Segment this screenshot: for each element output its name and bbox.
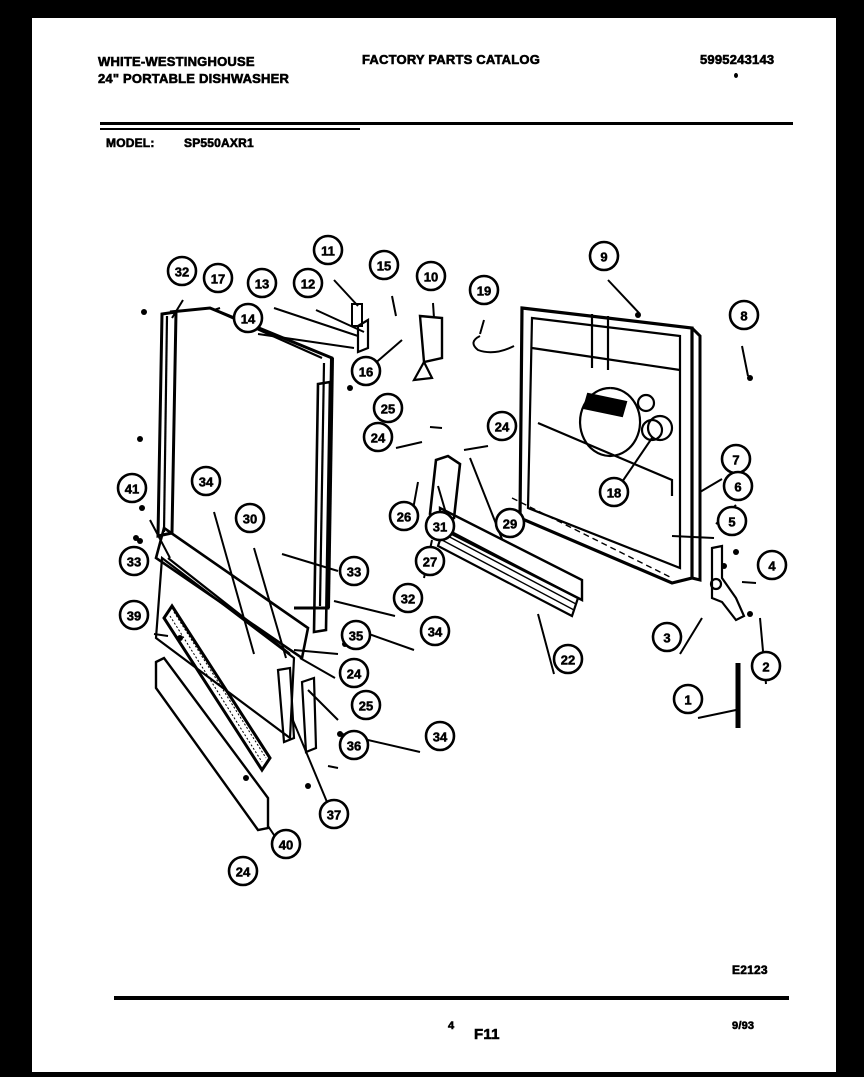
callout-label: 17 [211,272,225,287]
callout-group: 3217111312151014169198252424718634541302… [118,236,786,885]
callout-part-25: 25 [352,691,380,719]
callout-part-41: 41 [118,474,146,502]
callout-part-34: 34 [426,722,454,750]
callout-label: 7 [732,453,739,468]
callout-label: 24 [495,420,510,435]
callout-part-34: 34 [192,467,220,495]
callout-label: 2 [762,660,769,675]
callout-part-17: 17 [204,264,232,292]
callout-label: 8 [740,309,747,324]
callout-label: 32 [175,265,189,280]
callout-label: 5 [728,515,735,530]
callout-part-2: 2 [752,652,780,680]
callout-label: 35 [349,629,363,644]
callout-part-32: 32 [394,584,422,612]
callout-label: 24 [347,667,362,682]
callout-part-7: 7 [722,445,750,473]
callout-part-26: 26 [390,502,418,530]
page-number: 4 [448,1020,454,1032]
callout-label: 9 [600,250,607,265]
callout-label: 14 [241,312,256,327]
callout-part-35: 35 [342,621,370,649]
callout-part-24: 24 [340,659,368,687]
callout-part-3: 3 [653,623,681,651]
diagram-drawing [133,304,753,866]
callout-label: 37 [327,808,341,823]
callout-part-1: 1 [674,685,702,713]
callout-label: 33 [127,555,141,570]
callout-label: 15 [377,259,391,274]
callout-part-15: 15 [370,251,398,279]
exploded-parts-diagram: 3217111312151014169198252424718634541302… [32,18,836,1072]
callout-part-4: 4 [758,551,786,579]
callout-part-36: 36 [340,731,368,759]
callout-label: 33 [347,565,361,580]
callout-part-6: 6 [724,472,752,500]
callout-part-11: 11 [314,236,342,264]
callout-part-14: 14 [234,304,262,332]
callout-label: 16 [359,365,373,380]
callout-label: 1 [684,693,691,708]
callout-part-22: 22 [554,645,582,673]
callout-part-18: 18 [600,478,628,506]
callout-part-24: 24 [488,412,516,440]
revision-date: 9/93 [732,1020,754,1032]
callout-part-37: 37 [320,800,348,828]
callout-part-32: 32 [168,257,196,285]
drawing-code: E2123 [732,963,768,977]
callout-part-24: 24 [364,423,392,451]
callout-part-31: 31 [426,512,454,540]
callout-label: 29 [503,517,517,532]
callout-label: 24 [371,431,386,446]
callout-label: 32 [401,592,415,607]
callout-part-33: 33 [340,557,368,585]
callout-label: 36 [347,739,361,754]
callout-label: 11 [321,244,335,259]
callout-part-34: 34 [421,617,449,645]
callout-label: 22 [561,653,575,668]
callout-part-27: 27 [416,547,444,575]
callout-part-19: 19 [470,276,498,304]
callout-label: 25 [381,402,395,417]
callout-label: 34 [433,730,448,745]
callout-label: 41 [125,482,139,497]
callout-label: 12 [301,277,315,292]
callout-label: 31 [433,520,447,535]
callout-part-13: 13 [248,269,276,297]
callout-label: 39 [127,609,141,624]
callout-part-25: 25 [374,394,402,422]
callout-part-29: 29 [496,509,524,537]
callout-part-10: 10 [417,262,445,290]
callout-part-16: 16 [352,357,380,385]
callout-label: 13 [255,277,269,292]
callout-part-8: 8 [730,301,758,329]
callout-label: 40 [279,838,293,853]
callout-label: 18 [607,486,621,501]
section-code: F11 [474,1026,500,1043]
callout-label: 6 [734,480,741,495]
callout-part-40: 40 [272,830,300,858]
callout-label: 34 [428,625,443,640]
callout-part-9: 9 [590,242,618,270]
callout-part-5: 5 [718,507,746,535]
callout-part-39: 39 [120,601,148,629]
callout-label: 19 [477,284,491,299]
callout-label: 30 [243,512,257,527]
callout-part-33: 33 [120,547,148,575]
callout-label: 3 [663,631,670,646]
callout-part-12: 12 [294,269,322,297]
callout-label: 10 [424,270,438,285]
callout-part-30: 30 [236,504,264,532]
callout-label: 34 [199,475,214,490]
callout-label: 24 [236,865,251,880]
callout-label: 26 [397,510,411,525]
callout-label: 25 [359,699,373,714]
catalog-page: WHITE-WESTINGHOUSE 24" PORTABLE DISHWASH… [32,18,836,1072]
callout-label: 27 [423,555,437,570]
callout-label: 4 [768,559,776,574]
footer-rule [114,996,789,1000]
callout-part-24: 24 [229,857,257,885]
